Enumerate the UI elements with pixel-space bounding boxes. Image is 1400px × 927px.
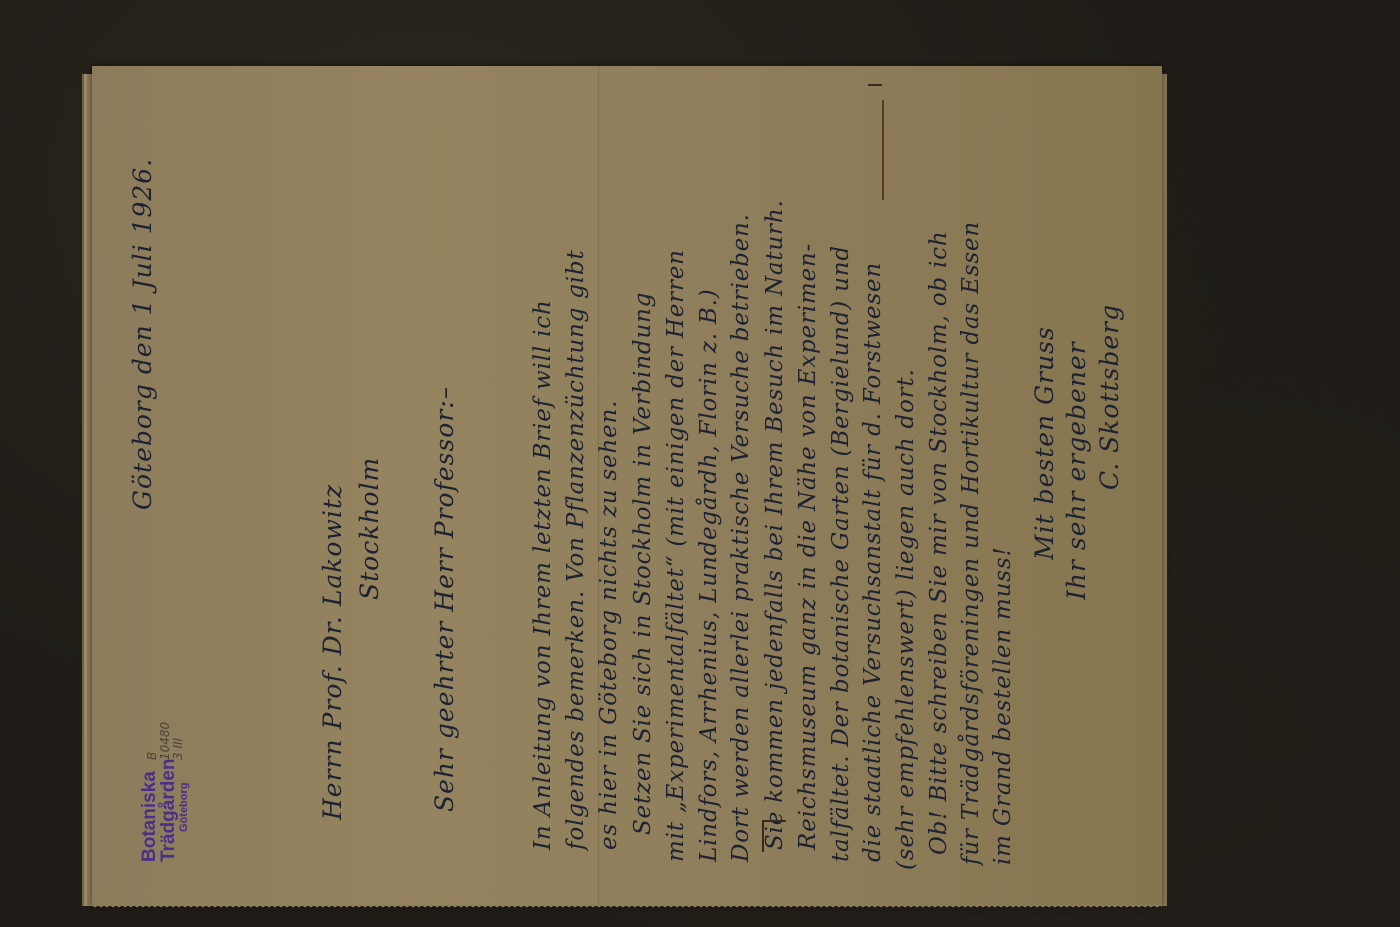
body-line-8: Sie kommen jedenfalls bei Ihrem Besuch i… xyxy=(762,199,788,850)
body-line-14: für Trädgårdsföreningen und Hortikultur … xyxy=(958,221,984,865)
body-line-15: im Grand bestellen muss! xyxy=(990,546,1016,865)
body-line-3: es hier in Göteborg nichts zu sehen. xyxy=(596,400,622,850)
body-line-13: Ob! Bitte schreiben Sie mir von Stockhol… xyxy=(926,231,952,855)
margin-bracket-top xyxy=(762,820,786,822)
body-line-10: talfältet. Der botanische Garten (Bergie… xyxy=(828,245,854,862)
place-date: Göteborg den 1 Juli 1926. xyxy=(128,158,157,510)
letterhead-stamp: Botaniska Trädgården Göteborg xyxy=(140,759,190,862)
addressee-line-2: Stockholm xyxy=(355,457,384,600)
signature: C. Skottsberg xyxy=(1095,304,1124,490)
forstwesen-underline xyxy=(882,100,884,200)
margin-bracket-end xyxy=(868,84,882,86)
closing-line-2: Ihr sehr ergebener xyxy=(1062,341,1091,600)
addressee-line-1: Herrn Prof. Dr. Lakowitz xyxy=(318,484,347,820)
body-line-5: mit „Experimentalfältet“ (mit einigen de… xyxy=(663,249,689,862)
body-line-2: folgendes bemerken. Von Pflanzenzüchtung… xyxy=(563,250,589,851)
body-line-4: Setzen Sie sich in Stockholm in Verbindu… xyxy=(630,292,656,835)
closing-line-1: Mit besten Gruss xyxy=(1030,326,1059,560)
body-line-6: Lindfors, Arrhenius, Lundegårdh, Florin … xyxy=(696,288,722,862)
body-line-12: (sehr empfehlenswert) liegen auch dort. xyxy=(893,368,919,870)
margin-bracket-line xyxy=(762,822,764,852)
salutation: Sehr geehrter Herr Professor:– xyxy=(430,386,459,812)
letterhead-line-3: Göteborg xyxy=(179,759,190,832)
letterhead-line-1: Botaniska xyxy=(140,759,159,862)
body-line-11: die staatliche Versuchsanstalt für d. Fo… xyxy=(860,262,886,862)
body-line-1: In Anleitung von Ihrem letzten Brief wil… xyxy=(530,299,556,850)
body-line-7: Dort werden allerlei praktische Versuche… xyxy=(728,213,754,862)
archive-mark: B 10480 3 III xyxy=(146,722,186,760)
letterhead-line-2: Trädgården xyxy=(159,759,178,862)
archive-mark-line-3: 3 III xyxy=(172,722,185,760)
body-line-9: Reichsmuseum ganz in die Nähe von Experi… xyxy=(795,243,821,850)
